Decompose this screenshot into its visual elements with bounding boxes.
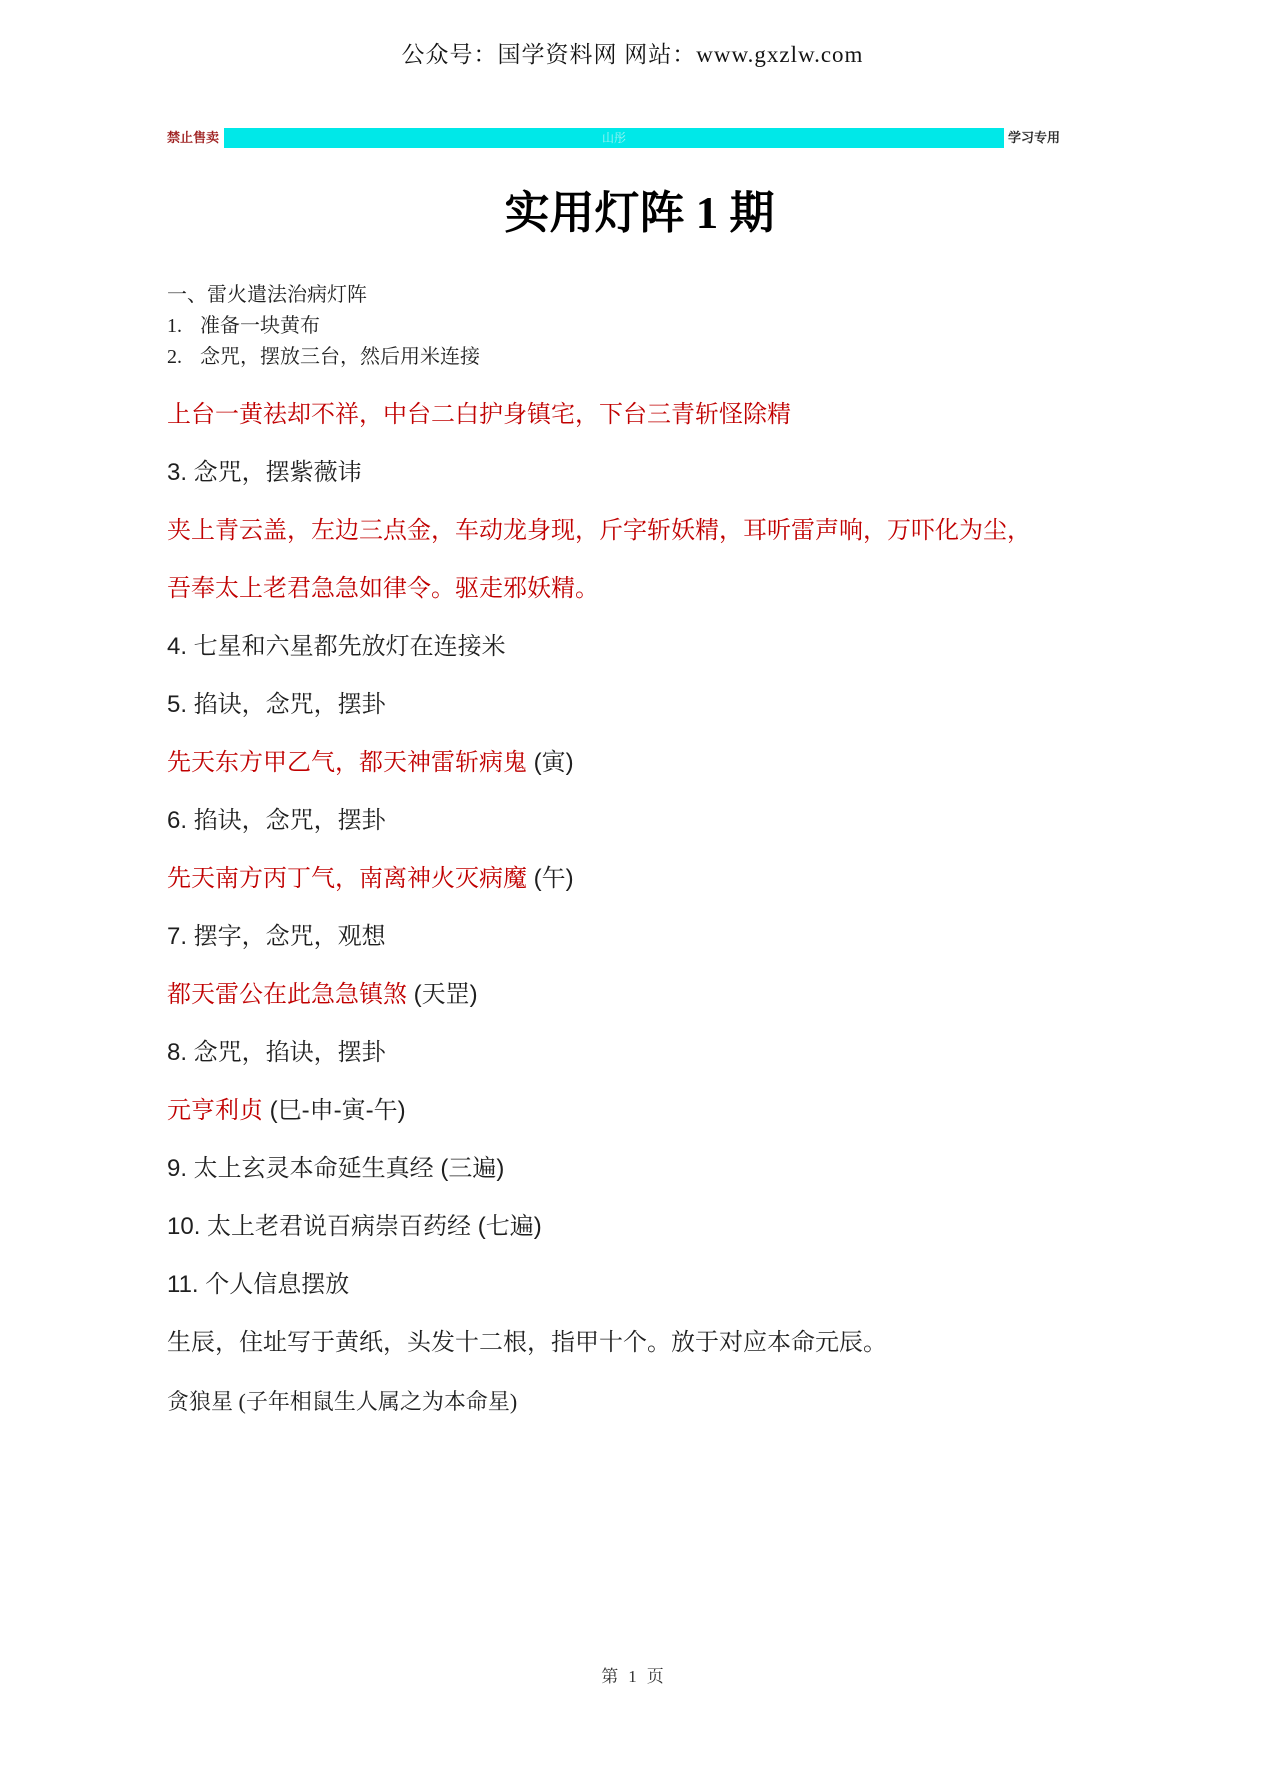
text-run: 7. 摆字，念咒，观想 — [167, 923, 386, 950]
list-item: 2.念咒，摆放三台，然后用米连接 — [167, 342, 1112, 373]
text-run: 念咒，摆放三台，然后用米连接 — [200, 346, 480, 368]
footer-page-number: 1 — [628, 1667, 637, 1686]
text-run: 10. 太上老君说百病崇百药经 (七遍) — [167, 1213, 542, 1240]
step-item: 4. 七星和六星都先放灯在连接米 — [167, 631, 1112, 663]
text-run: (天罡) — [407, 981, 478, 1008]
step-item: 8. 念咒，掐诀，摆卦 — [167, 1037, 1112, 1069]
document-area: 实用灯阵 1 期 一、雷火遣法治病灯阵1.准备一块黄布2.念咒，摆放三台，然后用… — [167, 170, 1112, 1417]
incantation-line: 都天雷公在此急急镇煞 (天罡) — [167, 979, 1112, 1011]
text-run: 准备一块黄布 — [200, 315, 320, 337]
text-run: 元亨利贞 — [167, 1097, 263, 1124]
watermark-text: 山彤 — [602, 131, 626, 145]
star-note: 贪狼星 (子年相鼠生人属之为本命星) — [167, 1387, 1112, 1417]
incantation-line: 元亨利贞 (巳-申-寅-午) — [167, 1095, 1112, 1127]
text-run: 3. 念咒，摆紫薇讳 — [167, 459, 362, 486]
study-only-label: 学习专用 — [1004, 128, 1060, 148]
body-line: 生辰，住址写于黄纸，头发十二根，指甲十个。放于对应本命元辰。 — [167, 1327, 1112, 1359]
notice-banner: 禁止售卖 山彤 学习专用 — [167, 128, 1060, 148]
document-body: 一、雷火遣法治病灯阵1.准备一块黄布2.念咒，摆放三台，然后用米连接上台一黄祛却… — [167, 280, 1112, 1417]
step-item: 3. 念咒，摆紫薇讳 — [167, 457, 1112, 489]
footer-label-after: 页 — [647, 1667, 664, 1686]
step-item: 6. 掐诀，念咒，摆卦 — [167, 805, 1112, 837]
text-run: 都天雷公在此急急镇煞 — [167, 981, 407, 1008]
list-number: 1. — [167, 311, 200, 342]
text-run: 吾奉太上老君急急如律令。驱走邪妖精。 — [167, 575, 599, 602]
text-run: 先天南方丙丁气，南离神火灭病魔 — [167, 865, 527, 892]
text-run: 先天东方甲乙气，都天神雷斩病鬼 — [167, 749, 527, 776]
text-run: (午) — [527, 865, 574, 892]
incantation-line: 先天东方甲乙气，都天神雷斩病鬼 (寅) — [167, 747, 1112, 779]
text-run: 9. 太上玄灵本命延生真经 (三遍) — [167, 1155, 504, 1182]
no-sale-label: 禁止售卖 — [167, 128, 224, 148]
cyan-highlight-bar: 山彤 — [224, 128, 1004, 148]
incantation-line: 先天南方丙丁气，南离神火灭病魔 (午) — [167, 863, 1112, 895]
step-item: 11. 个人信息摆放 — [167, 1269, 1112, 1301]
incantation-line: 夹上青云盖，左边三点金，车动龙身现，斤字斩妖精，耳听雷声响，万吓化为尘， — [167, 515, 1112, 547]
list-item: 1.准备一块黄布 — [167, 311, 1112, 342]
step-item: 7. 摆字，念咒，观想 — [167, 921, 1112, 953]
text-run: 贪狼星 (子年相鼠生人属之为本命星) — [167, 1389, 517, 1414]
section-heading: 一、雷火遣法治病灯阵 — [167, 280, 1112, 311]
page-footer: 第1页 — [0, 1662, 1265, 1687]
text-run: 6. 掐诀，念咒，摆卦 — [167, 807, 386, 834]
step-item: 5. 掐诀，念咒，摆卦 — [167, 689, 1112, 721]
text-run: (巳-申-寅-午) — [263, 1097, 406, 1124]
page-header: 公众号：国学资料网 网站：www.gxzlw.com — [0, 36, 1265, 69]
text-run: 5. 掐诀，念咒，摆卦 — [167, 691, 386, 718]
text-run: 生辰，住址写于黄纸，头发十二根，指甲十个。放于对应本命元辰。 — [167, 1329, 887, 1356]
text-run: 8. 念咒，掐诀，摆卦 — [167, 1039, 386, 1066]
text-run: 夹上青云盖，左边三点金，车动龙身现，斤字斩妖精，耳听雷声响，万吓化为尘， — [167, 517, 1031, 544]
text-run: 4. 七星和六星都先放灯在连接米 — [167, 633, 506, 660]
incantation-line: 吾奉太上老君急急如律令。驱走邪妖精。 — [167, 573, 1112, 605]
text-run: 11. 个人信息摆放 — [167, 1271, 349, 1298]
document-title: 实用灯阵 1 期 — [167, 182, 1112, 244]
incantation-line: 上台一黄祛却不祥，中台二白护身镇宅，下台三青斩怪除精 — [167, 399, 1112, 431]
text-run: (寅) — [527, 749, 574, 776]
footer-label-before: 第 — [601, 1667, 618, 1686]
step-item: 9. 太上玄灵本命延生真经 (三遍) — [167, 1153, 1112, 1185]
step-item: 10. 太上老君说百病崇百药经 (七遍) — [167, 1211, 1112, 1243]
text-run: 上台一黄祛却不祥，中台二白护身镇宅，下台三青斩怪除精 — [167, 401, 791, 428]
text-run: 一、雷火遣法治病灯阵 — [167, 284, 367, 306]
list-number: 2. — [167, 342, 200, 373]
